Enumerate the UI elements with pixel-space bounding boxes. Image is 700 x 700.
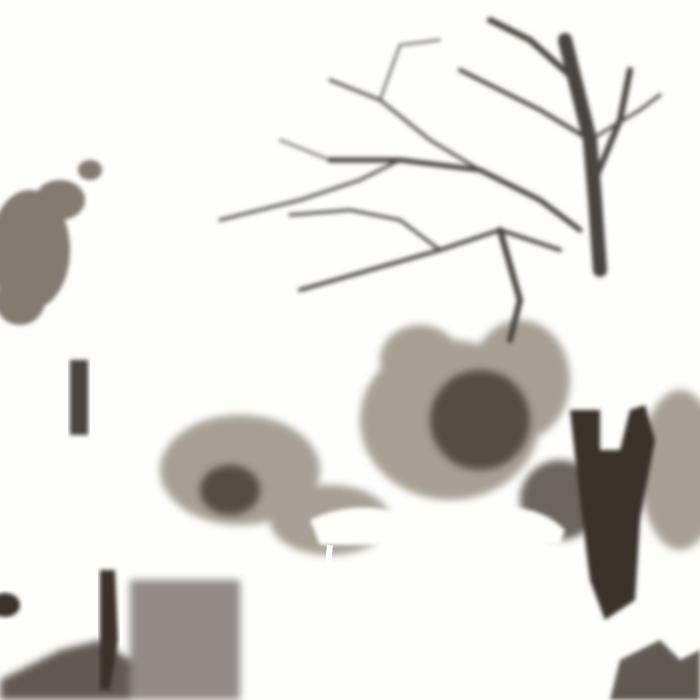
ground: [0, 580, 240, 700]
folding-chairs: [240, 590, 370, 690]
right-bottom-shape: [610, 640, 700, 700]
left-figure: [0, 360, 118, 690]
vintage-photograph: [0, 0, 700, 700]
garden-table: [310, 505, 565, 665]
photo-scene: [0, 0, 700, 700]
standing-figure: [570, 405, 655, 620]
foliage-left: [0, 160, 102, 325]
bare-tree: [220, 20, 660, 340]
